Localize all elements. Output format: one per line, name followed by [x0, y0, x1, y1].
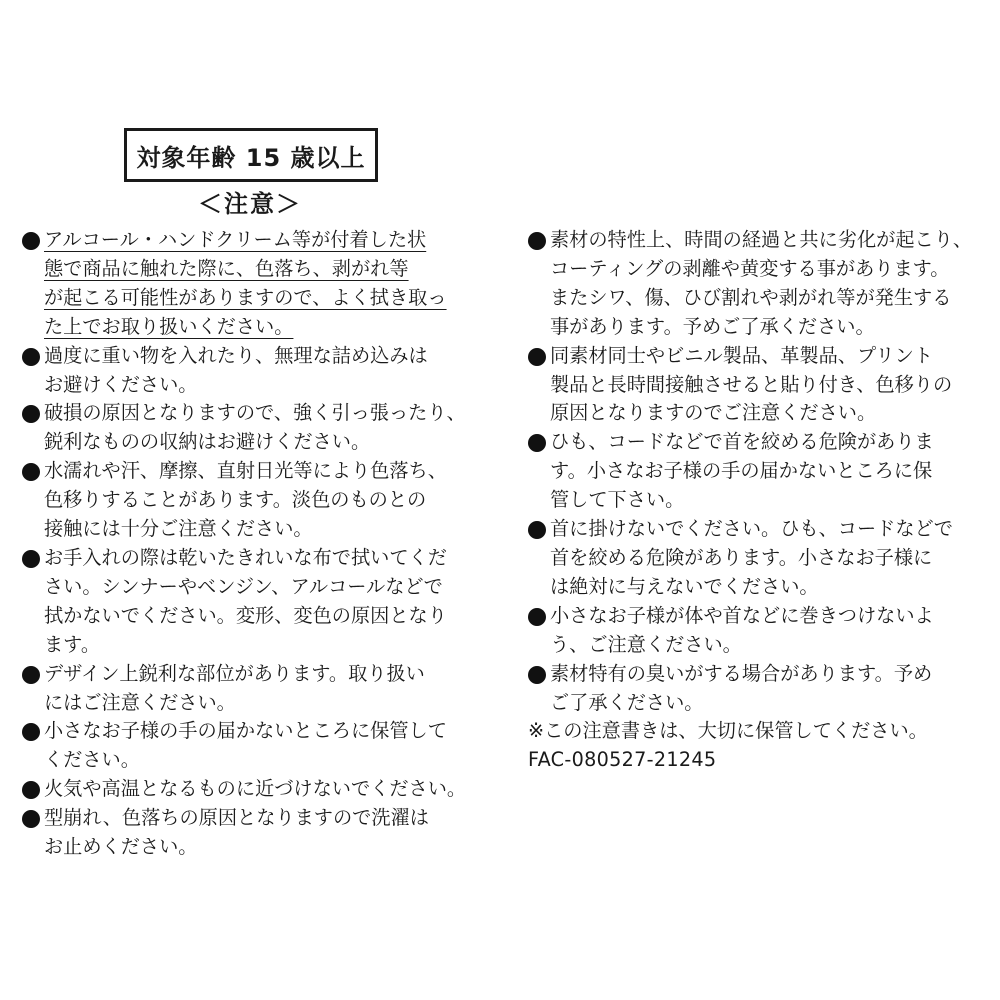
notice-item: 素材の特性上、時間の経過と共に劣化が起こり、 コーティングの剥離や黄変する事があ… — [528, 226, 978, 342]
bullet-icon — [528, 521, 546, 539]
age-rating-text: 対象年齢 15 歳以上 — [136, 138, 365, 173]
notice-item: 小さなお子様が体や首などに巻きつけないよ う、ご注意ください。 — [528, 602, 978, 660]
bullet-icon — [22, 666, 40, 684]
footer-note: ※この注意書きは、大切に保管してください。 — [528, 717, 978, 746]
bullet-icon — [528, 348, 546, 366]
age-rating-box: 対象年齢 15 歳以上 — [124, 128, 378, 182]
notice-item: アルコール・ハンドクリーム等が付着した状 態で商品に触れた際に、色落ち、剥がれ等… — [22, 226, 472, 342]
notice-item: お手入れの際は乾いたきれいな布で拭いてくだ さい。シンナーやベンジン、アルコール… — [22, 544, 472, 660]
notice-item: 過度に重い物を入れたり、無理な詰め込みは お避けください。 — [22, 342, 472, 400]
bullet-icon — [22, 723, 40, 741]
bullet-icon — [22, 550, 40, 568]
left-notice-column: アルコール・ハンドクリーム等が付着した状 態で商品に触れた際に、色落ち、剥がれ等… — [22, 226, 472, 862]
bullet-icon — [22, 348, 40, 366]
notice-title: ＜注意＞ — [150, 184, 350, 219]
notice-item: 型崩れ、色落ちの原因となりますので洗濯は お止めください。 — [22, 804, 472, 862]
bullet-icon — [528, 608, 546, 626]
bullet-icon — [22, 781, 40, 799]
bullet-icon — [528, 666, 546, 684]
notice-item: 破損の原因となりますので、強く引っ張ったり、 鋭利なものの収納はお避けください。 — [22, 399, 472, 457]
bullet-icon — [22, 810, 40, 828]
notice-item: 首に掛けないでください。ひも、コードなどで 首を絞める危険があります。小さなお子… — [528, 515, 978, 602]
notice-item: デザイン上鋭利な部位があります。取り扱い にはご注意ください。 — [22, 660, 472, 718]
bullet-icon — [22, 405, 40, 423]
notice-item: 小さなお子様の手の届かないところに保管して ください。 — [22, 717, 472, 775]
notice-item: 同素材同士やビニル製品、革製品、プリント 製品と長時間接触させると貼り付き、色移… — [528, 342, 978, 429]
bullet-icon — [22, 232, 40, 250]
notice-item: 水濡れや汗、摩擦、直射日光等により色落ち、 色移りすることがあります。淡色のもの… — [22, 457, 472, 544]
right-notice-column: 素材の特性上、時間の経過と共に劣化が起こり、 コーティングの剥離や黄変する事があ… — [528, 226, 978, 775]
notice-item: 素材特有の臭いがする場合があります。予め ご了承ください。 — [528, 660, 978, 718]
bullet-icon — [528, 232, 546, 250]
bullet-icon — [22, 463, 40, 481]
product-code: FAC-080527-21245 — [528, 746, 978, 775]
notice-item: ひも、コードなどで首を絞める危険がありま す。小さなお子様の手の届かないところに… — [528, 428, 978, 515]
notice-item: 火気や高温となるものに近づけないでください。 — [22, 775, 472, 804]
bullet-icon — [528, 434, 546, 452]
